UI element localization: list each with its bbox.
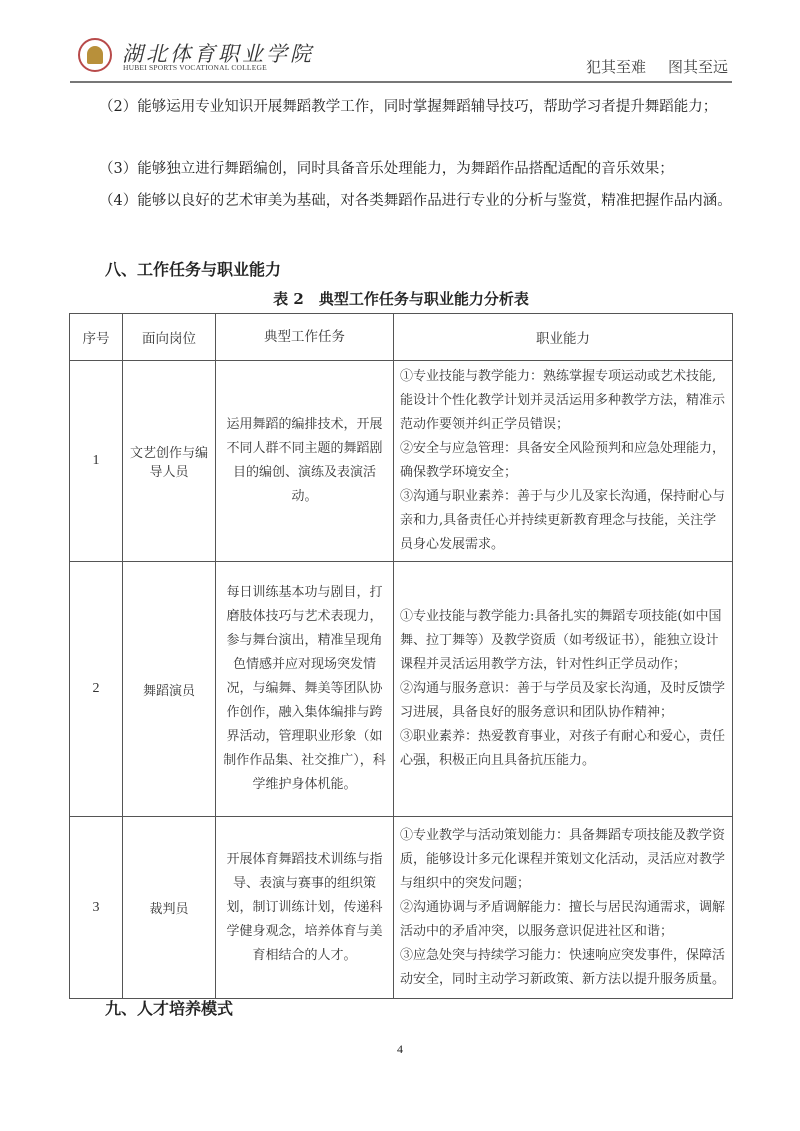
page-header: 湖北体育职业学院 HUBEI SPORTS VOCATIONAL COLLEGE… (70, 36, 732, 83)
ability-item: ③沟通与职业素养：善于与少儿及家长沟通，保持耐心与亲和力,具备责任心并持续更新教… (400, 485, 726, 557)
section-9-heading: 九、人才培养模式 (105, 996, 233, 1019)
table-row: 1 文艺创作与编导人员 运用舞蹈的编排技术，开展不同人群不同主题的舞蹈剧目的编创… (70, 361, 733, 562)
row-abilities: ①专业技能与教学能力：熟练掌握专项运动或艺术技能,能设计个性化教学计划并灵活运用… (394, 361, 733, 562)
row-no: 1 (70, 361, 123, 562)
task-ability-table: 序号 面向岗位 典型工作任务 职业能力 1 文艺创作与编导人员 运用舞蹈的编排技… (69, 313, 733, 999)
ability-item: ①专业教学与活动策划能力：具备舞蹈专项技能及教学资质，能够设计多元化课程并策划文… (400, 824, 726, 896)
ability-item: ③应急处突与持续学习能力：快速响应突发事件，保障活动安全，同时主动学习新政策、新… (400, 944, 726, 992)
row-abilities: ①专业技能与教学能力:具备扎实的舞蹈专项技能(如中国舞、拉丁舞等）及教学资质（如… (394, 562, 733, 817)
row-no: 2 (70, 562, 123, 817)
motto-part-1: 犯其至难 (586, 58, 646, 76)
table-header-row: 序号 面向岗位 典型工作任务 职业能力 (70, 314, 733, 361)
row-task: 运用舞蹈的编排技术，开展不同人群不同主题的舞蹈剧目的编创、演练及表演活动。 (216, 361, 394, 562)
motto-part-2: 图其至远 (668, 58, 728, 76)
ability-item: ②沟通协调与矛盾调解能力：擅长与居民沟通需求，调解活动中的矛盾冲突，以服务意识促… (400, 896, 726, 944)
header-ability: 职业能力 (394, 314, 733, 361)
ability-item: ①专业技能与教学能力:具备扎实的舞蹈专项技能(如中国舞、拉丁舞等）及教学资质（如… (400, 605, 726, 677)
school-name-en: HUBEI SPORTS VOCATIONAL COLLEGE (123, 63, 267, 72)
page-number: 4 (0, 1042, 800, 1057)
ability-item: ②安全与应急管理：具备安全风险预判和应急处理能力，确保教学环境安全； (400, 437, 726, 485)
intro-item-2: （2）能够运用专业知识开展舞蹈教学工作，同时掌握舞蹈辅导技巧，帮助学习者提升舞蹈… (70, 92, 732, 123)
ability-item: ①专业技能与教学能力：熟练掌握专项运动或艺术技能,能设计个性化教学计划并灵活运用… (400, 365, 726, 437)
motto: 犯其至难图其至远 (586, 56, 728, 77)
intro-item-3: （3）能够独立进行舞蹈编创，同时具备音乐处理能力，为舞蹈作品搭配适配的音乐效果； (70, 154, 732, 185)
row-position: 裁判员 (123, 817, 216, 999)
table-caption: 表 2 典型工作任务与职业能力分析表 (70, 288, 732, 309)
header-position: 面向岗位 (123, 314, 216, 361)
row-position: 舞蹈演员 (123, 562, 216, 817)
section-8-heading: 八、工作任务与职业能力 (105, 257, 281, 280)
header-task: 典型工作任务 (216, 314, 394, 361)
row-task: 开展体育舞蹈技术训练与指导、表演与赛事的组织策划，制订训练计划，传递科学健身观念… (216, 817, 394, 999)
ability-item: ②沟通与服务意识：善于与学员及家长沟通，及时反馈学习进展，具备良好的服务意识和团… (400, 677, 726, 725)
row-position: 文艺创作与编导人员 (123, 361, 216, 562)
row-task: 每日训练基本功与剧目，打磨肢体技巧与艺术表现力，参与舞台演出，精准呈现角色情感并… (216, 562, 394, 817)
table-row: 2 舞蹈演员 每日训练基本功与剧目，打磨肢体技巧与艺术表现力，参与舞台演出，精准… (70, 562, 733, 817)
intro-item-4: （4）能够以良好的艺术审美为基础，对各类舞蹈作品进行专业的分析与鉴赏，精准把握作… (70, 186, 732, 217)
row-no: 3 (70, 817, 123, 999)
row-abilities: ①专业教学与活动策划能力：具备舞蹈专项技能及教学资质，能够设计多元化课程并策划文… (394, 817, 733, 999)
table-row: 3 裁判员 开展体育舞蹈技术训练与指导、表演与赛事的组织策划，制订训练计划，传递… (70, 817, 733, 999)
ability-item: ③职业素养：热爱教育事业，对孩子有耐心和爱心，责任心强，积极正向且具备抗压能力。 (400, 725, 726, 773)
college-seal-icon (78, 38, 112, 72)
header-no: 序号 (70, 314, 123, 361)
